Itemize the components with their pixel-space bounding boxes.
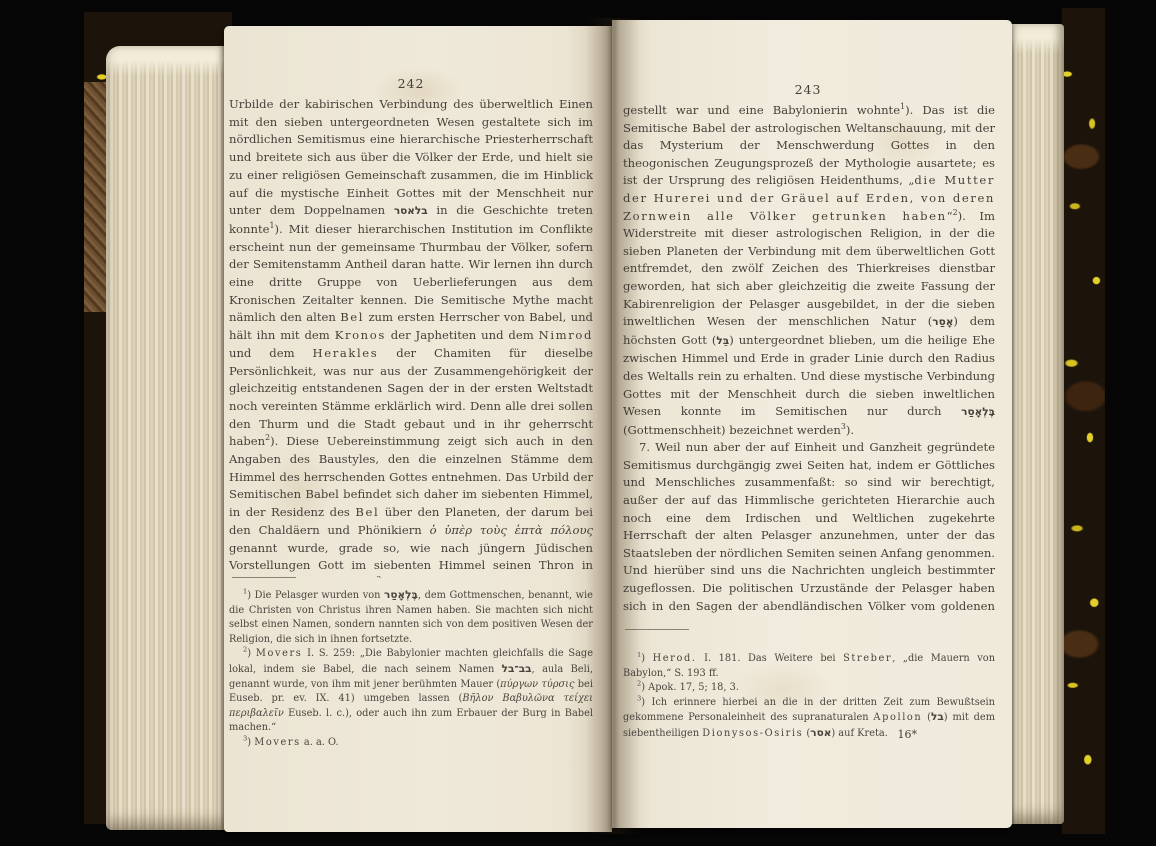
paragraph: Urbilde der kabirischen Verbindung des ü…: [229, 96, 593, 578]
footnote: 2) Movers I. S. 259: „Die Babylonier mac…: [229, 647, 593, 736]
page-number-left: 242: [228, 76, 594, 91]
footnote: 1) Die Pelasger wurden von בֶּלְאָסַר, d…: [229, 588, 593, 647]
page-fore-edges-right: [1010, 24, 1064, 824]
paragraph: gestellt war und eine Babylonierin wohnt…: [623, 102, 995, 439]
footnotes-right: 1) Herod. I. 181. Das Weitere bei Strebe…: [623, 652, 995, 738]
footnote: 2) Apok. 17, 5; 18, 3.: [623, 681, 995, 696]
page-number-right: 243: [622, 82, 994, 97]
footnotes-left: 1) Die Pelasger wurden von בֶּלְאָסַר, d…: [229, 588, 593, 826]
paragraph: 7. Weil nun aber der auf Einheit und Gan…: [623, 439, 995, 614]
page-fore-edges-left: [106, 46, 228, 830]
page-body-left: Urbilde der kabirischen Verbindung des ü…: [229, 96, 593, 578]
page-left-242: 242 Urbilde der kabirischen Verbindung d…: [224, 26, 612, 832]
marbled-cover-right: [1062, 8, 1105, 834]
footnote: 1) Herod. I. 181. Das Weitere bei Strebe…: [623, 652, 995, 681]
page-body-right: gestellt war und eine Babylonierin wohnt…: [623, 102, 995, 614]
book-scan-photo: 242 Urbilde der kabirischen Verbindung d…: [0, 0, 1156, 846]
footnote: 3) Movers a. a. O.: [229, 736, 593, 751]
footnote-separator-right: [625, 629, 689, 630]
page-right-243: 243 gestellt war und eine Babylonierin w…: [612, 20, 1012, 828]
signature-mark: 16*: [623, 728, 995, 741]
footnote-separator-left: [232, 577, 296, 578]
